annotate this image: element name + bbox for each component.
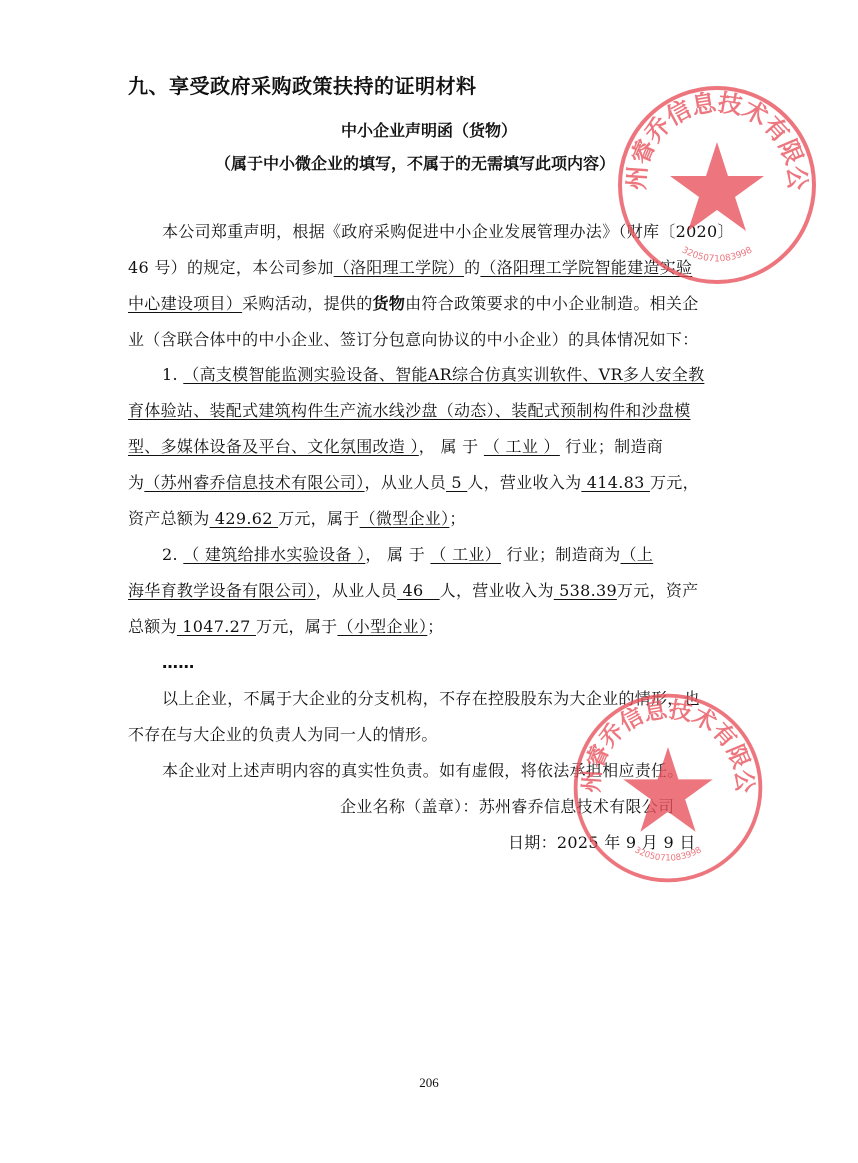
revenue-unit: 万元，资产 bbox=[617, 581, 699, 600]
item-2-manufacturer-field-cont: 海华育教学设备有限公司） bbox=[128, 581, 316, 600]
signature-company-name: 苏州睿乔信息技术有限公司 bbox=[479, 797, 675, 816]
industry-suffix: 行业；制造商为 bbox=[506, 545, 620, 564]
signature-label: 企业名称（盖章）： bbox=[340, 797, 479, 816]
date-value: 2025 年 9 月 9 日 bbox=[557, 833, 696, 852]
document-page: 九、享受政府采购政策扶持的证明材料 中小企业声明函（货物） （属于中小微企业的填… bbox=[0, 0, 858, 1163]
item-1-employees-field: 5 bbox=[446, 473, 467, 492]
item-1-line-3: 型、多媒体设备及平台、文化氛围改造 ）， 属 于 （ 工业 ） 行业；制造商 bbox=[128, 436, 732, 458]
intro-text: 46 号）的规定，本公司参加 bbox=[128, 258, 334, 277]
item-end: ； bbox=[427, 617, 443, 636]
intro-line-3: 中心建设项目）采购活动，提供的货物由符合政策要求的中小企业制造。相关企 bbox=[128, 293, 732, 315]
assets-label: 资产总额为 bbox=[128, 509, 210, 528]
item-2-size-field: （小型企业） bbox=[337, 617, 427, 636]
item-2-line-1: 2. （ 建筑给排水实验设备 ）， 属 于 （ 工业） 行业；制造商为（上 bbox=[128, 544, 732, 566]
item-1-goods-field: （高支模智能监测实验设备、智能AR综合仿真实训软件、VR多人安全教 bbox=[183, 365, 704, 384]
revenue-label: 人，营业收入为 bbox=[467, 473, 581, 492]
item-1-line-4: 为（苏州睿乔信息技术有限公司），从业人员 5 人，营业收入为 414.83 万元… bbox=[128, 472, 732, 494]
closing-text: 以上企业，不属于大企业的分支机构，不存在控股股东为大企业的情形，也 bbox=[162, 689, 700, 708]
item-2-industry-field: （ 工业） bbox=[430, 545, 501, 564]
item-1-line-1: 1. （高支模智能监测实验设备、智能AR综合仿真实训软件、VR多人安全教 bbox=[128, 364, 732, 386]
assets-unit: 万元，属于 bbox=[256, 617, 338, 636]
closing-text: 本企业对上述声明内容的真实性负责。如有虚假，将依法承担相应责任。 bbox=[162, 761, 684, 780]
ellipsis-text: …… bbox=[162, 653, 195, 672]
purchaser-field: （洛阳理工学院） bbox=[334, 258, 464, 277]
item-2-goods-field: （ 建筑给排水实验设备 ） bbox=[183, 545, 365, 564]
item-number: 2. bbox=[162, 545, 178, 564]
belongs-label: ， 属 于 bbox=[419, 437, 479, 456]
intro-line-4: 业（含联合体中的中小企业、签订分包意向协议的中小企业）的具体情况如下： bbox=[128, 329, 732, 351]
item-2-manufacturer-field: （上 bbox=[621, 545, 654, 564]
project-name-field-cont: 中心建设项目） bbox=[128, 294, 242, 313]
intro-text: 业（含联合体中的中小企业、签订分包意向协议的中小企业）的具体情况如下： bbox=[128, 330, 699, 349]
belongs-label: ， 属 于 bbox=[365, 545, 425, 564]
item-2-assets-field: 1047.27 bbox=[177, 617, 256, 636]
closing-text: 不存在与大企业的负责人为同一人的情形。 bbox=[128, 725, 438, 744]
employees-label: ，从业人员 bbox=[316, 581, 398, 600]
intro-text: 本公司郑重声明，根据《政府采购促进中小企业发展管理办法》（财库〔2020〕 bbox=[162, 222, 734, 241]
intro-text: 的 bbox=[464, 258, 480, 277]
item-1-goods-field-end: 型、多媒体设备及平台、文化氛围改造 ） bbox=[128, 437, 419, 456]
employees-label: ，从业人员 bbox=[365, 473, 447, 492]
closing-line-2: 不存在与大企业的负责人为同一人的情形。 bbox=[128, 724, 732, 746]
intro-line-1: 本公司郑重声明，根据《政府采购促进中小企业发展管理办法》（财库〔2020〕 bbox=[128, 221, 732, 243]
ellipsis: …… bbox=[128, 652, 732, 674]
page-number: 206 bbox=[0, 1075, 858, 1091]
goods-word: 货物 bbox=[373, 294, 406, 313]
signature-date: 日期：2025 年 9 月 9 日 bbox=[508, 832, 728, 854]
project-name-field: （洛阳理工学院智能建造实验 bbox=[480, 258, 692, 277]
signature-company: 企业名称（盖章）：苏州睿乔信息技术有限公司 bbox=[340, 796, 720, 818]
section-heading: 九、享受政府采购政策扶持的证明材料 bbox=[128, 70, 477, 99]
item-end: ； bbox=[449, 509, 465, 528]
item-1-goods-field-cont: 育体验站、装配式建筑构件生产流水线沙盘（动态）、装配式预制构件和沙盘模 bbox=[128, 401, 691, 420]
closing-line-1: 以上企业，不属于大企业的分支机构，不存在控股股东为大企业的情形，也 bbox=[128, 688, 732, 710]
document-subtitle: （属于中小微企业的填写，不属于的无需填写此项内容） bbox=[215, 151, 615, 174]
item-1-industry-field: （ 工业 ） bbox=[484, 437, 560, 456]
assets-label: 总额为 bbox=[128, 617, 177, 636]
item-2-employees-field: 46 bbox=[397, 581, 440, 600]
item-2-line-3: 总额为 1047.27 万元，属于（小型企业）； bbox=[128, 616, 732, 638]
revenue-unit: 万元， bbox=[650, 473, 699, 492]
intro-line-2: 46 号）的规定，本公司参加（洛阳理工学院）的（洛阳理工学院智能建造实验 bbox=[128, 257, 732, 279]
item-1-line-5: 资产总额为 429.62 万元，属于（微型企业）； bbox=[128, 508, 732, 530]
document-title: 中小企业声明函（货物） bbox=[0, 118, 858, 141]
item-1-manufacturer-field: （苏州睿乔信息技术有限公司） bbox=[144, 473, 364, 492]
manufacturer-prefix: 为 bbox=[128, 473, 144, 492]
industry-suffix: 行业；制造商 bbox=[565, 437, 663, 456]
closing-line-3: 本企业对上述声明内容的真实性负责。如有虚假，将依法承担相应责任。 bbox=[128, 760, 732, 782]
item-1-assets-field: 429.62 bbox=[210, 509, 279, 528]
item-2-revenue-field: 538.39 bbox=[554, 581, 617, 600]
item-1-revenue-field: 414.83 bbox=[581, 473, 650, 492]
item-1-size-field: （微型企业） bbox=[360, 509, 450, 528]
assets-unit: 万元，属于 bbox=[278, 509, 360, 528]
intro-text: 采购活动，提供的 bbox=[242, 294, 372, 313]
item-1-line-2: 育体验站、装配式建筑构件生产流水线沙盘（动态）、装配式预制构件和沙盘模 bbox=[128, 400, 732, 422]
item-number: 1. bbox=[162, 365, 178, 384]
intro-text: 由符合政策要求的中小企业制造。相关企 bbox=[405, 294, 698, 313]
item-2-line-2: 海华育教学设备有限公司），从业人员 46 人，营业收入为 538.39万元，资产 bbox=[128, 580, 732, 602]
date-label: 日期： bbox=[508, 833, 557, 852]
revenue-label: 人，营业收入为 bbox=[440, 581, 554, 600]
company-seal-stamp-icon: 苏州睿乔信息技术有限公司 3205071083998 bbox=[568, 688, 768, 888]
